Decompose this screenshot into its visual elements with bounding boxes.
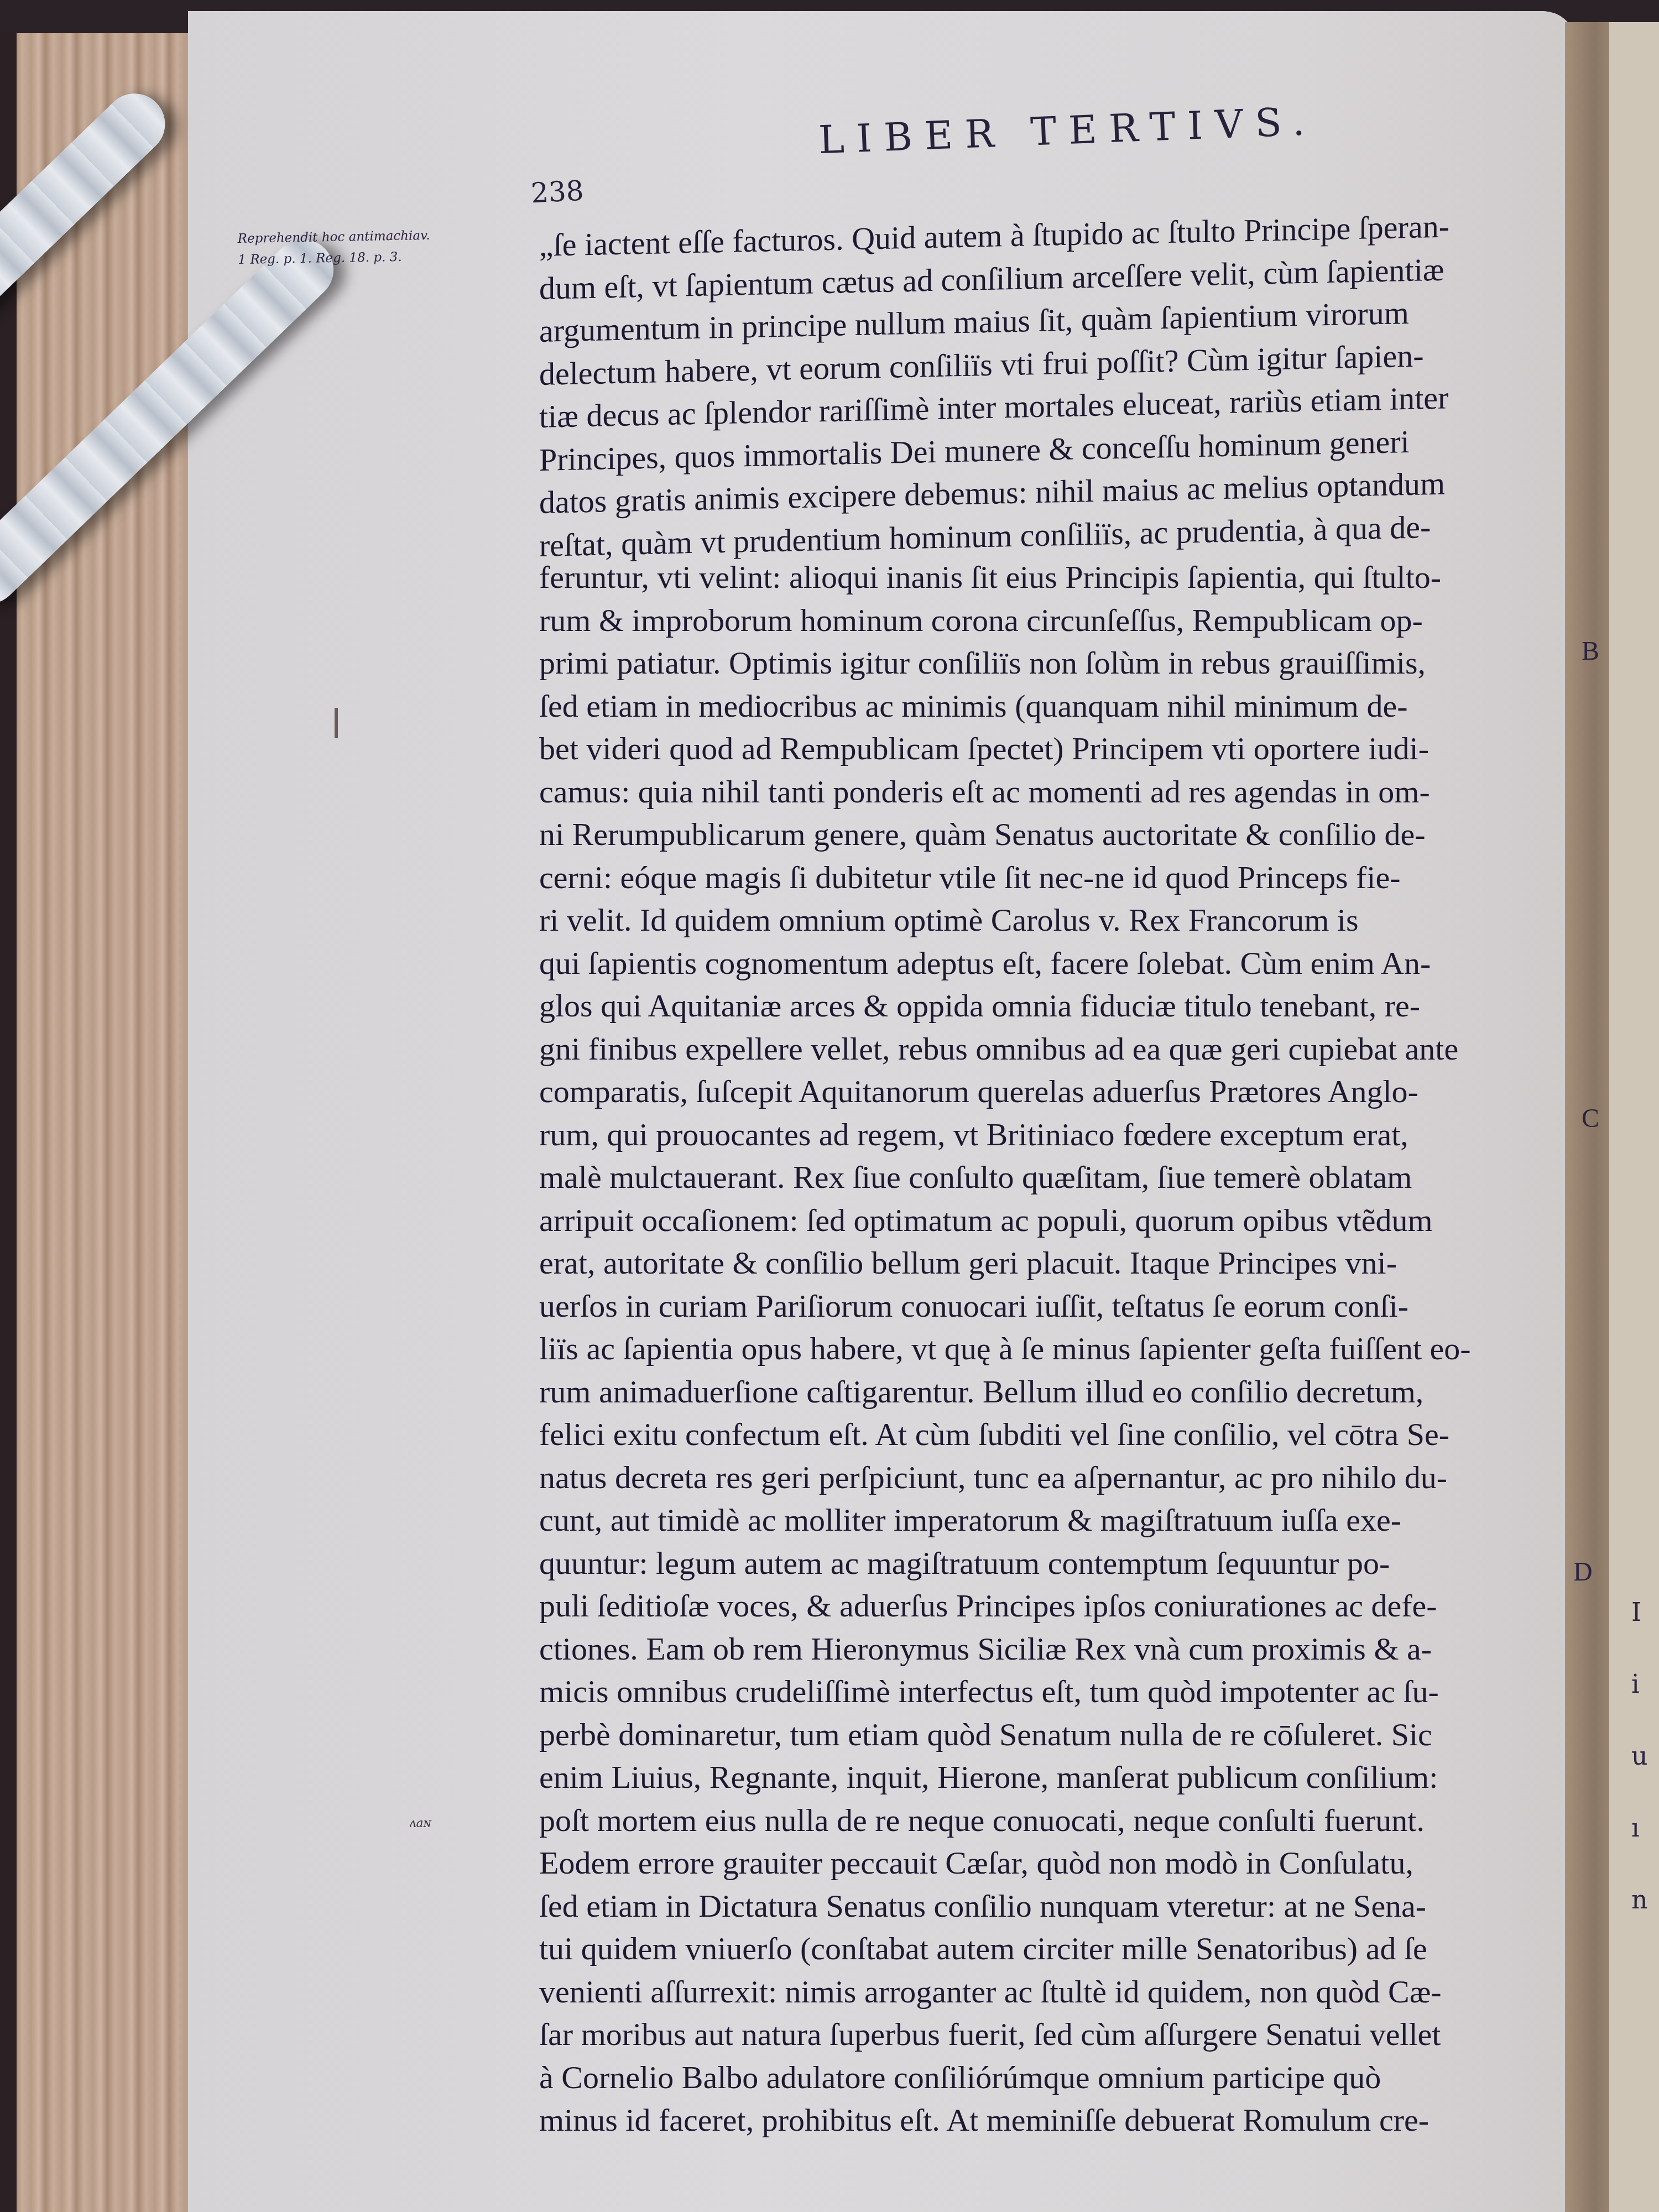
margin-scribble: ʌaɴ: [409, 1817, 431, 1830]
ink-mark: [335, 708, 338, 738]
text-line: à Cornelio Balbo adulatore conſiliórúmqu…: [539, 2056, 1590, 2099]
text-line: gni finibus expellere vellet, rebus omni…: [539, 1027, 1590, 1071]
text-line: perbè dominaretur, tum etiam quòd Senatu…: [539, 1713, 1590, 1756]
text-line: ſar moribus aut natura ſuperbus fuerit, …: [539, 2013, 1590, 2056]
text-line: arripuit occaſionem: ſed optimatum ac po…: [539, 1199, 1590, 1242]
text-line: natus decreta res geri perſpiciunt, tunc…: [539, 1456, 1590, 1499]
page-number: 238: [530, 175, 585, 210]
text-line: bet videri quod ad Rempublicam ſpectet) …: [539, 727, 1590, 770]
text-line: poſt mortem eius nulla de re neque conuo…: [539, 1799, 1590, 1842]
text-line: ri velit. Id quidem omnium optimè Carolu…: [539, 899, 1590, 942]
text-line: uerſos in curiam Pariſiorum conuocari iu…: [539, 1285, 1590, 1328]
text-line: qui ſapientis cognomentum adeptus eſt, f…: [539, 942, 1590, 985]
section-marker-letter: B: [1582, 636, 1599, 666]
text-line: Eodem errore grauiter peccauit Cæſar, qu…: [539, 1841, 1590, 1885]
text-line: glos qui Aquitaniæ arces & oppida omnia …: [539, 984, 1590, 1027]
text-line: ni Rerumpublicarum genere, quàm Senatus …: [539, 813, 1590, 856]
text-line: minus id faceret, prohibitus eſt. At mem…: [539, 2099, 1590, 2142]
text-line: enim Liuius, Regnante, inquit, Hierone, …: [539, 1756, 1590, 1799]
text-line: camus: quia nihil tanti ponderis eſt ac …: [539, 770, 1590, 813]
text-line: rum, qui prouocantes ad regem, vt Britin…: [539, 1113, 1590, 1156]
text-line: comparatis, ſuſcepit Aquitanorum querela…: [539, 1070, 1590, 1113]
text-line: ctiones. Eam ob rem Hieronymus Siciliæ R…: [539, 1627, 1590, 1671]
section-marker-letter: D: [1573, 1557, 1593, 1587]
text-line: erat, autoritate & conſilio bellum geri …: [539, 1241, 1590, 1285]
text-line: malè mulctauerant. Rex ſiue conſulto quæ…: [539, 1156, 1590, 1199]
text-line: rum & improborum hominum corona circunſe…: [539, 599, 1590, 642]
text-line: liïs ac ſapientia opus habere, vt quę à …: [539, 1327, 1590, 1370]
text-line: ſed etiam in Dictatura Senatus conſilio …: [539, 1885, 1590, 1928]
text-line: rum animaduerſione caſtigarentur. Bellum…: [539, 1370, 1590, 1413]
text-line: ſed etiam in mediocribus ac minimis (qua…: [539, 685, 1590, 728]
text-line: felici exitu confectum eſt. At cùm ſubdi…: [539, 1413, 1590, 1456]
handwritten-marginal-note: Reprehendit hoc antimachiav. 1 Reg. p. 1…: [237, 225, 430, 270]
body-text: „ſe iactent eſſe facturos. Quid autem à …: [539, 213, 1590, 2142]
facing-page-text: I i u ı n: [1631, 1576, 1648, 1936]
text-line: cunt, aut timidè ac molliter imperatorum…: [539, 1499, 1590, 1542]
text-line: puli ſeditioſæ voces, & aduerſus Princip…: [539, 1584, 1590, 1627]
text-line: quuntur: legum autem ac magiſtratuum con…: [539, 1542, 1590, 1585]
text-line: primi patiatur. Optimis igitur conſiliïs…: [539, 641, 1590, 685]
text-line: venienti aſſurrexit: nimis arroganter ac…: [539, 1970, 1590, 2013]
text-line: cerni: eóque magis ſi dubitetur vtile ſi…: [539, 856, 1590, 899]
text-line: micis omnibus crudeliſſimè interfectus e…: [539, 1670, 1590, 1713]
marginal-note-line: 1 Reg. p. 1. Reg. 18. p. 3.: [238, 246, 431, 270]
section-marker-letter: C: [1582, 1103, 1599, 1134]
text-line: tui quidem vniuerſo (conſtabat autem cir…: [539, 1927, 1590, 1970]
marginal-note-line: Reprehendit hoc antimachiav.: [237, 225, 430, 249]
